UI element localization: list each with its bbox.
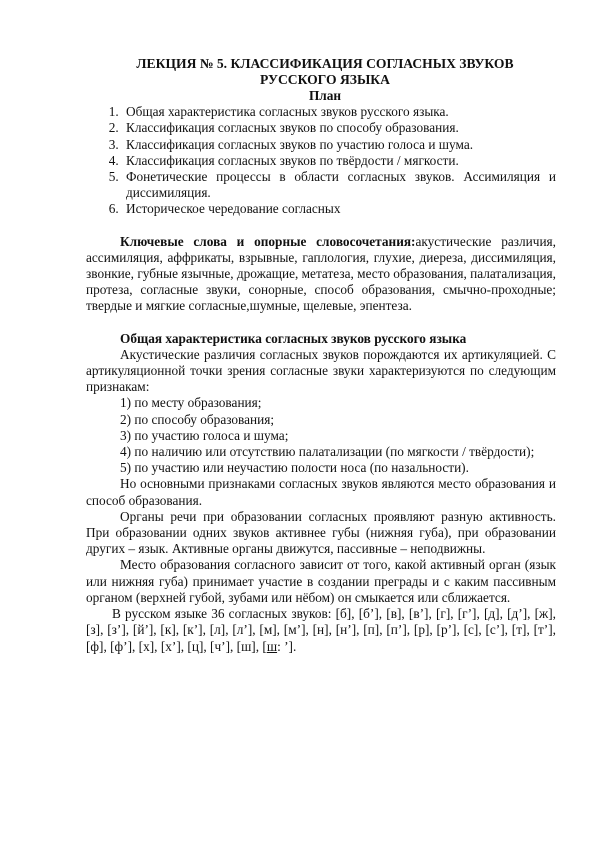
plan-item: Историческое чередование согласных (122, 201, 556, 217)
plan-item: Общая характеристика согласных звуков ру… (122, 104, 556, 120)
sounds-list: В русском языке 36 согласных звуков: [б]… (86, 606, 556, 653)
feature-item: 1) по месту образования; (86, 395, 556, 411)
document-page: ЛЕКЦИЯ № 5. КЛАССИФИКАЦИЯ СОГЛАСНЫХ ЗВУК… (86, 56, 556, 655)
plan-item: Классификация согласных звуков по участи… (122, 137, 556, 153)
keywords-label: Ключевые слова и опорные словосочетания: (120, 234, 415, 249)
main-features-paragraph: Но основными признаками согласных звуков… (86, 476, 556, 508)
sounds-underlined: ш (267, 639, 277, 654)
plan-item: Классификация согласных звуков по твёрдо… (122, 153, 556, 169)
feature-item: 2) по способу образования; (86, 412, 556, 428)
sounds-paragraph: В русском языке 36 согласных звуков: [б]… (86, 606, 556, 655)
plan-list: Общая характеристика согласных звуков ру… (86, 104, 556, 217)
plan-heading: План (86, 88, 556, 104)
title-line-1: ЛЕКЦИЯ № 5. КЛАССИФИКАЦИЯ СОГЛАСНЫХ ЗВУК… (136, 56, 513, 71)
intro-paragraph: Акустические различия согласных звуков п… (86, 347, 556, 396)
feature-item: 4) по наличию или отсутствию палатализац… (86, 444, 556, 460)
place-paragraph: Место образования согласного зависит от … (86, 557, 556, 606)
lecture-title: ЛЕКЦИЯ № 5. КЛАССИФИКАЦИЯ СОГЛАСНЫХ ЗВУК… (86, 56, 556, 88)
section-title: Общая характеристика согласных звуков ру… (86, 331, 556, 347)
feature-item: 5) по участию или неучастию полости носа… (86, 460, 556, 476)
title-line-2: РУССКОГО ЯЗЫКА (260, 72, 390, 87)
feature-item: 3) по участию голоса и шума; (86, 428, 556, 444)
sounds-end: : ’]. (277, 639, 296, 654)
plan-item: Фонетические процессы в области согласны… (122, 169, 556, 201)
keywords-paragraph: Ключевые слова и опорные словосочетания:… (86, 234, 556, 315)
plan-item: Классификация согласных звуков по способ… (122, 120, 556, 136)
spacer (86, 218, 556, 234)
organs-paragraph: Органы речи при образовании согласных пр… (86, 509, 556, 558)
spacer (86, 315, 556, 331)
